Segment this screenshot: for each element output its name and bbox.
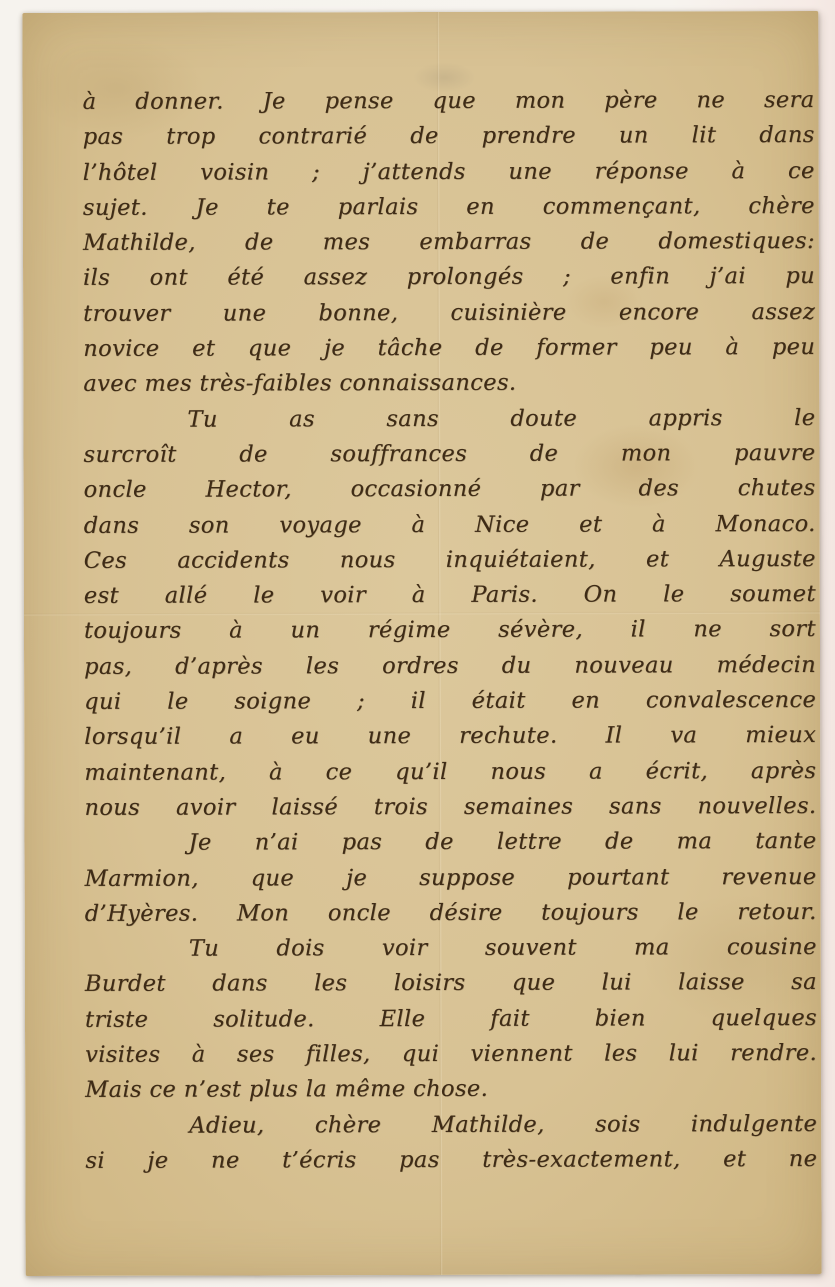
letter-line: l’hôtel voisin ; j’attends une réponse à… [83,154,815,191]
letter-line: triste solitude. Elle fait bien quelques [85,1001,817,1038]
letter-line: Ces accidents nous inquiétaient, et Augu… [84,542,816,579]
letter-line: ils ont été assez prolongés ; enfin j’ai… [83,259,815,296]
letter-line: trouver une bonne, cuisinière encore ass… [83,295,815,332]
letter-line: lorsqu’il a eu une rechute. Il va mieux [84,718,816,755]
letter-text: à donner. Je pense que mon père ne serap… [83,83,818,1179]
letter-paper: à donner. Je pense que mon père ne serap… [22,11,821,1276]
letter-line: sujet. Je te parlais en commençant, chèr… [83,189,815,226]
letter-line: d’Hyères. Mon oncle désire toujours le r… [85,895,817,932]
letter-line: visites à ses filles, qui viennent les l… [85,1036,817,1073]
letter-line: à donner. Je pense que mon père ne sera [83,83,815,120]
letter-line: est allé le voir à Paris. On le soumet [84,577,816,614]
letter-line: novice et que je tâche de former peu à p… [83,330,815,367]
letter-line: oncle Hector, occasionné par des chutes [84,471,816,508]
letter-line: avec mes très-faibles connaissances. [83,365,815,402]
letter-line: Burdet dans les loisirs que lui laisse s… [85,965,817,1002]
letter-line: dans son voyage à Nice et à Monaco. [84,507,816,544]
letter-line: Mathilde, de mes embarras de domestiques… [83,224,815,261]
letter-line: maintenant, à ce qu’il nous a écrit, apr… [84,754,816,791]
letter-line: pas trop contrarié de prendre un lit dan… [83,118,815,155]
letter-line: Mais ce n’est plus la même chose. [85,1071,817,1108]
letter-line: Tu as sans doute appris le [83,401,815,438]
letter-line: Je n’ai pas de lettre de ma tante [84,824,816,861]
letter-line: qui le soigne ; il était en convalescenc… [84,683,816,720]
letter-line: Tu dois voir souvent ma cousine [85,930,817,967]
letter-line: si je ne t’écris pas très-exactement, et… [85,1142,817,1179]
scan-background: à donner. Je pense que mon père ne serap… [0,0,835,1287]
letter-line: nous avoir laissé trois semaines sans no… [84,789,816,826]
letter-line: Adieu, chère Mathilde, sois indulgente [85,1107,817,1144]
letter-line: surcroît de souffrances de mon pauvre [83,436,815,473]
letter-line: pas, d’après les ordres du nouveau médec… [84,648,816,685]
letter-line: toujours à un régime sévère, il ne sort [84,612,816,649]
letter-line: Marmion, que je suppose pourtant revenue [85,859,817,896]
